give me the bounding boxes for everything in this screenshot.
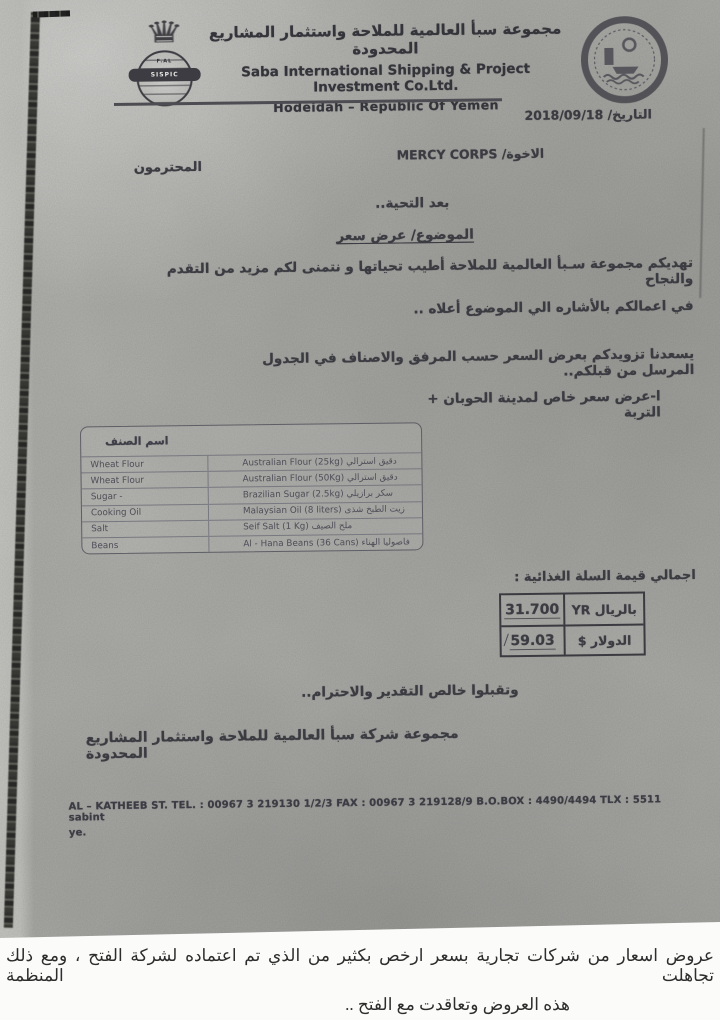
- greeting: بعد التحية..: [337, 194, 487, 212]
- total-amount: 31.700: [504, 601, 560, 619]
- currency-label-dollar: الدولار $: [565, 626, 643, 655]
- item-desc: Malaysian Oil (8 liters) زيت الطبخ شذى: [208, 502, 422, 520]
- scanned-letter-photo: ♛ F.AL SISPIC مجموعة سبأ العالمية للملاح…: [0, 0, 720, 938]
- page: { "letter": { "header": { "company_ar": …: [0, 0, 720, 1020]
- total-value-dollar: 59.03: [501, 627, 565, 656]
- closing-line: وتقبلوا خالص التقدير والاحترام..: [301, 682, 519, 701]
- item-name: Cooking Oil: [82, 504, 208, 521]
- body-line-4: ا-عرض سعر خاص لمدينة الحوبان + التربة: [405, 388, 661, 423]
- ship-stamp-icon: [579, 14, 670, 105]
- seal-band-top-label: F.AL: [144, 58, 184, 64]
- total-amount: 59.03: [509, 632, 556, 650]
- item-name: Wheat Flour: [81, 456, 207, 473]
- company-stamp-icon: [579, 14, 670, 105]
- caption-paragraph: عروض اسعار من شركات تجارية بسعر ارخص بكث…: [0, 946, 720, 1015]
- date-line: التاريخ/ 2018/09/18: [474, 106, 702, 124]
- crown-icon: ♛: [131, 18, 197, 49]
- body-line-3: يسعدنا تزويدكم بعرض السعر حسب المرفق وال…: [219, 346, 694, 384]
- caption-line-2: هذه العروض وتعاقدت مع الفتح ..: [0, 995, 720, 1015]
- item-desc: Al - Hana Beans (36 Cans) فاصوليا الهناء: [208, 534, 422, 552]
- company-seal-icon: ♛ F.AL SISPIC: [118, 24, 211, 111]
- body-line-1: تهديكم مجموعة سـبأ العالمية للملاحة أطيب…: [153, 255, 693, 294]
- company-name-english: Saba International Shipping & Project In…: [206, 60, 566, 96]
- footer-country-line: ye.: [69, 820, 673, 838]
- footer-contact: AL – KATHEEB ST. TEL. : 00967 3 219130 1…: [69, 794, 673, 838]
- body-line-2: في اعمالكم بالأشاره الي الموضوع أعلاه ..: [393, 298, 693, 318]
- item-desc: Seif Salt (1 Kg) ملح الصيف: [208, 518, 422, 536]
- honorific: المحترمون: [134, 160, 202, 176]
- item-name: Wheat Flour: [82, 472, 208, 489]
- item-desc: Brazilian Sugar (2.5kg) سكر برازيلي: [208, 486, 422, 504]
- items-table: اسم الصنف Wheat Flour Australian Flour (…: [80, 422, 424, 554]
- item-desc: Australian Flour (50Kg) دقيق استرالي: [208, 469, 422, 487]
- item-name: Beans: [82, 537, 208, 554]
- item-name: Salt: [82, 521, 208, 538]
- footer-address-line: AL – KATHEEB ST. TEL. : 00967 3 219130 1…: [69, 794, 673, 823]
- letter-content: ♛ F.AL SISPIC مجموعة سبأ العالمية للملاح…: [0, 0, 720, 942]
- totals-row-dollar: 59.03 الدولار $: [501, 624, 643, 656]
- currency-label-rial: بالريال YR: [565, 594, 643, 625]
- signature-line: مجموعة شركة سبأ العالمية للملاحة واستثما…: [86, 725, 491, 762]
- items-table-header: اسم الصنف: [81, 423, 421, 456]
- total-value-rial: 31.700: [501, 595, 565, 626]
- seal-band-label: SISPIC: [129, 68, 201, 82]
- item-name: Sugar -: [82, 488, 208, 505]
- totals-row-rial: 31.700 بالريال YR: [501, 594, 643, 626]
- addressee-line: الاخوة/ MERCY CORPS: [397, 145, 645, 163]
- totals-table: 31.700 بالريال YR 59.03 الدولار $: [499, 592, 646, 658]
- company-name-arabic: مجموعة سبأ العالمية للملاحة واستثمار الم…: [205, 19, 565, 59]
- subject-line: الموضوع/ عرض سعر: [323, 226, 488, 244]
- totals-label: اجمالي قيمة السلة الغذائية :: [484, 568, 696, 586]
- caption-line-1: عروض اسعار من شركات تجارية بسعر ارخص بكث…: [0, 946, 720, 986]
- item-desc: Australian Flour (25kg) دقيق استرالي: [207, 453, 421, 471]
